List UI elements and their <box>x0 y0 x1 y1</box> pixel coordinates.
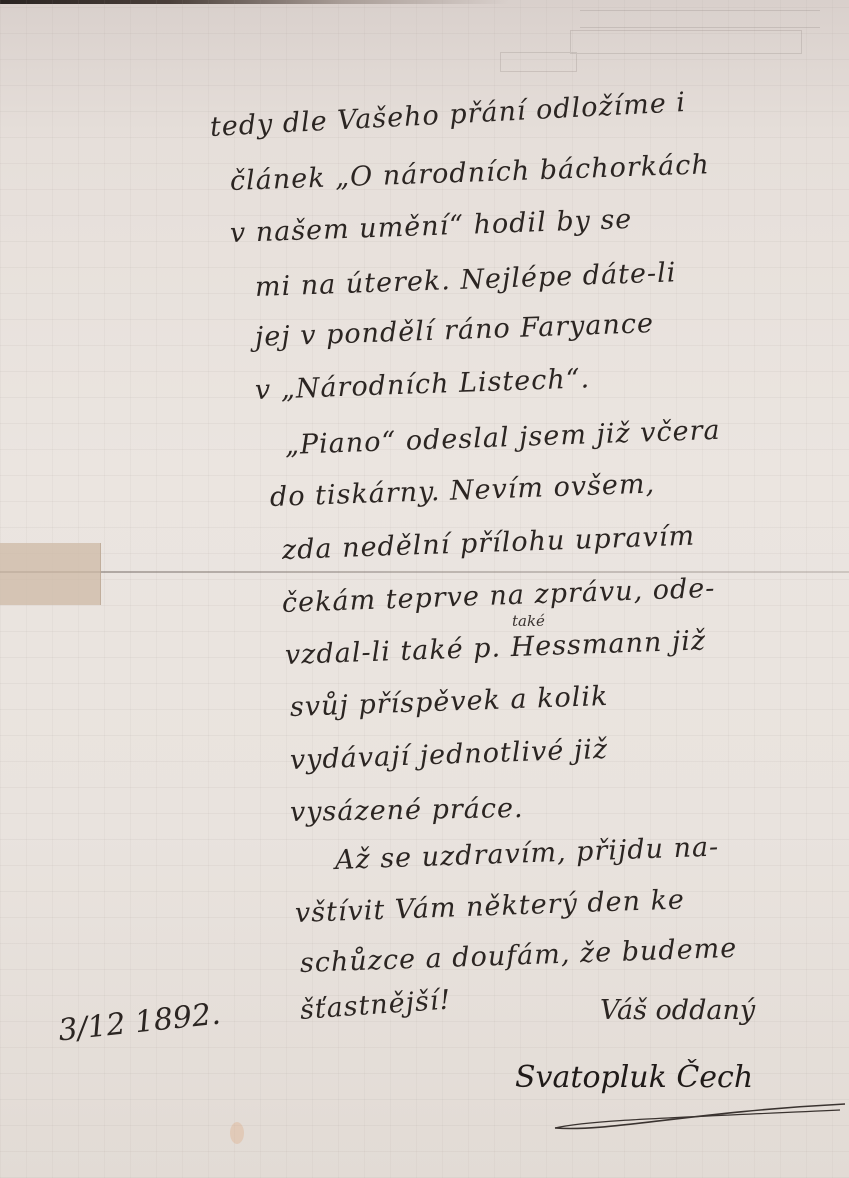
adhesive-tape <box>0 543 101 605</box>
author-signature: Svatopluk Čech <box>515 1060 753 1095</box>
letterhead-watermark <box>560 0 849 75</box>
signature-flourish <box>550 1098 849 1134</box>
letter-closing: Váš oddaný <box>600 995 755 1026</box>
paper-stain <box>230 1122 244 1144</box>
paper-fold-crease <box>0 571 849 573</box>
inserted-word: také <box>512 612 545 630</box>
letter-line: vysázené práce. <box>290 793 524 828</box>
